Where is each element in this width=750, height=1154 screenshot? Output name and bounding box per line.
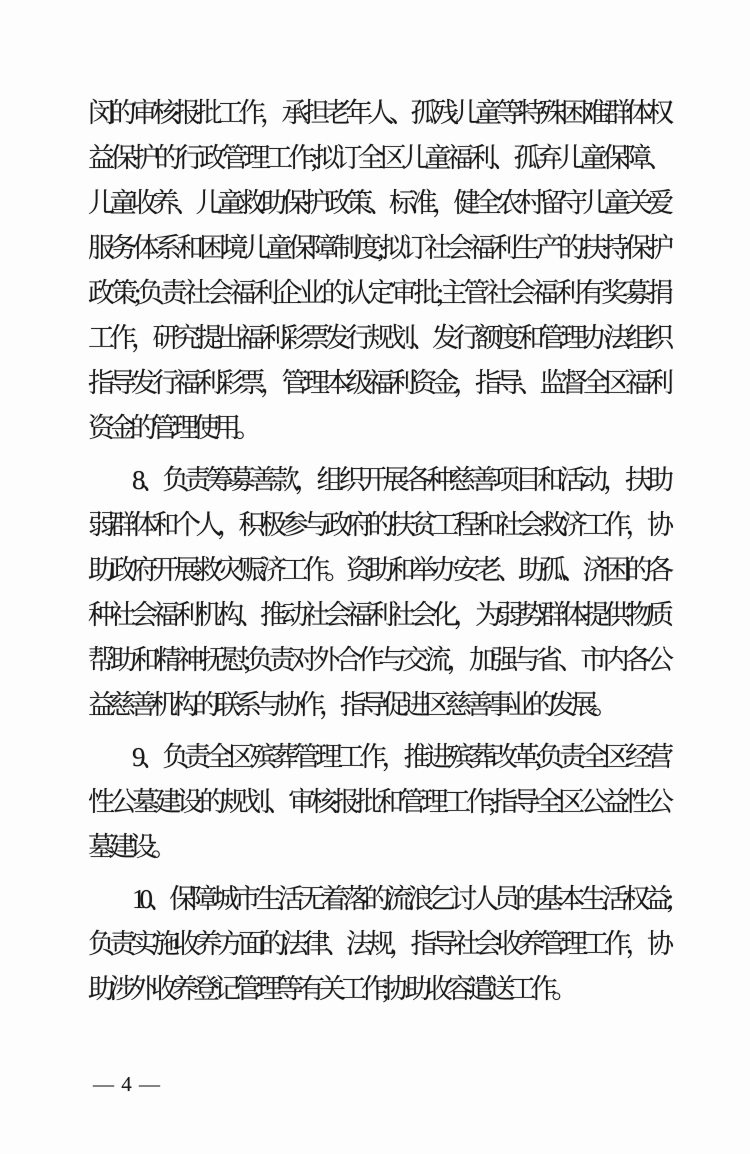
text-line: 帮助和精神抚慰;负责对外合作与交流，加强与省、市内各公 xyxy=(88,638,668,683)
text-line: 指导发行福利彩票，管理本级福利资金，指导、监督全区福利 xyxy=(88,361,668,406)
text-line: 闵的审核报批工作，承担老年人、孤残儿童等特殊困难群体权 xyxy=(88,91,668,136)
text-line: 政策;负责社会福利企业的认定审批;主管社会福利有奖募捐 xyxy=(88,271,668,316)
text-line: 助涉外收养登记管理等有关工作;协助收容遣送工作。 xyxy=(88,967,668,1012)
paragraph: 闵的审核报批工作，承担老年人、孤残儿童等特殊困难群体权 益保护的行政管理工作;拟… xyxy=(88,91,668,451)
text-line: 负责实施收养方面的法律、法规，指导社会收养管理工作，协 xyxy=(88,922,668,967)
page-number: — 4 — xyxy=(93,1072,161,1096)
text-line: 益保护的行政管理工作;拟订全区儿童福利、孤弃儿童保障、 xyxy=(88,136,668,181)
text-line: 性公墓建设的规划、审核报批和管理工作;指导全区公益性公 xyxy=(88,780,668,825)
text-line: 8、负责筹募善款，组织开展各种慈善项目和活动，扶助 xyxy=(88,458,668,503)
text-line: 儿童收养、儿童救助保护政策、标准，健全农村留守儿童关爱 xyxy=(88,181,668,226)
paragraph: 10、保障城市生活无着落的流浪乞讨人员的基本生活权益; 负责实施收养方面的法律、… xyxy=(88,877,668,1012)
text-line: 资金的管理使用。 xyxy=(88,406,668,451)
text-line: 墓建设。 xyxy=(88,825,668,870)
document-page: 闵的审核报批工作，承担老年人、孤残儿童等特殊困难群体权 益保护的行政管理工作;拟… xyxy=(0,0,750,1154)
text-line: 9、负责全区殡葬管理工作，推进殡葬改革;负责全区经营 xyxy=(88,735,668,780)
text-line: 弱群体和个人，积极参与政府的扶贫工程和社会救济工作，协 xyxy=(88,503,668,548)
text-line: 益慈善机构的联系与协作，指导促进区慈善事业的发展。 xyxy=(88,683,668,728)
paragraph: 8、负责筹募善款，组织开展各种慈善项目和活动，扶助 弱群体和个人，积极参与政府的… xyxy=(88,458,668,728)
text-line: 助政府开展救灾赈济工作。资助和举办安老、助孤、济困的各 xyxy=(88,548,668,593)
text-line: 工作，研究提出福利彩票发行规划、发行额度和管理办法组织 xyxy=(88,316,668,361)
document-body: 闵的审核报批工作，承担老年人、孤残儿童等特殊困难群体权 益保护的行政管理工作;拟… xyxy=(88,91,668,1012)
text-line: 10、保障城市生活无着落的流浪乞讨人员的基本生活权益; xyxy=(88,877,668,922)
text-line: 种社会福利机构、推动社会福利社会化，为弱势群体提供物质 xyxy=(88,593,668,638)
paragraph: 9、负责全区殡葬管理工作，推进殡葬改革;负责全区经营 性公墓建设的规划、审核报批… xyxy=(88,735,668,870)
text-line: 服务体系和困境儿童保障制度;拟订社会福利生产的扶持保护 xyxy=(88,226,668,271)
